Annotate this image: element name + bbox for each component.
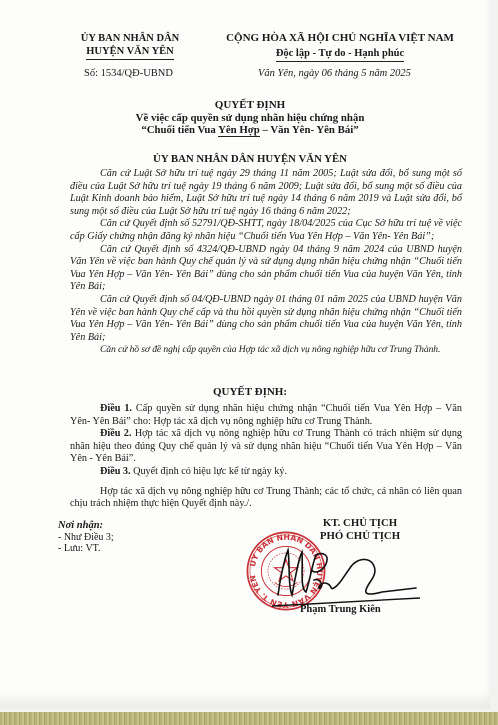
national-motto: Độc lập - Tự do - Hạnh phúc [276,47,404,62]
title-subject-line-2: “Chuối tiến Vua Yên Hợp – Văn Yên- Yên B… [60,124,440,137]
recipients: Nơi nhận: - Như Điều 3; - Lưu: VT. [58,520,114,555]
preamble-item: Căn cứ Luật Sở hữu trí tuệ ngày 29 tháng… [70,168,462,218]
issuer-header: ỦY BAN NHÂN DÂN HUYỆN VĂN YÊN [60,32,200,60]
preamble-item: Căn cứ hồ sơ đề nghị cấp quyền của Hợp t… [70,344,462,357]
title-subject-line-1: Về việc cấp quyền sử dụng nhãn hiệu chứn… [60,112,440,125]
place-and-date: Văn Yên, ngày 06 tháng 5 năm 2025 [258,68,411,79]
subject-suffix: – Văn Yên- Yên Bái” [260,124,359,136]
issuer-line-1: ỦY BAN NHÂN DÂN [60,32,200,45]
document-page: ỦY BAN NHÂN DÂN HUYỆN VĂN YÊN CỘNG HÒA X… [0,0,490,712]
preamble: Căn cứ Luật Sở hữu trí tuệ ngày 29 tháng… [70,168,462,357]
issuer-line-2: HUYỆN VĂN YÊN [86,45,174,60]
article-label: Điều 2. [100,428,131,439]
subject-underlined: Yên Hợp [218,124,260,137]
article-2: Điều 2. Hợp tác xã dịch vụ nông nghiệp h… [70,428,462,466]
signer-name: Phạm Trung Kiên [300,604,381,615]
article-label: Điều 3. [100,466,131,477]
article-3: Điều 3. Quyết định có hiệu lực kể từ ngà… [70,466,462,479]
article-1: Điều 1. Cấp quyền sử dụng nhãn hiệu chứn… [70,403,462,428]
recipients-heading: Nơi nhận: [58,520,114,532]
preamble-item: Căn cứ Quyết định số 52791/QĐ-SHTT, ngày… [70,218,462,243]
nation-name: CỘNG HÒA XÃ HỘI CHỦ NGHĨA VIỆT NAM [215,32,465,45]
handwritten-signature-icon [270,540,420,610]
background-surface [0,712,498,725]
national-header: CỘNG HÒA XÃ HỘI CHỦ NGHĨA VIỆT NAM Độc l… [215,32,465,62]
subject-prefix: “Chuối tiến Vua [141,124,218,136]
issuing-authority: ỦY BAN NHÂN DÂN HUYỆN VĂN YÊN [60,153,440,165]
recipient-item: - Như Điều 3; [58,532,114,544]
articles: Điều 1. Cấp quyền sử dụng nhãn hiệu chứn… [70,403,462,511]
document-title: QUYẾT ĐỊNH Về việc cấp quyền sử dụng nhã… [60,99,440,137]
article-label: Điều 1. [100,403,132,414]
title-heading: QUYẾT ĐỊNH [60,99,440,112]
article-text: Quyết định có hiệu lực kể từ ngày ký. [131,466,287,477]
recipient-item: - Lưu: VT. [58,543,114,555]
signature-title-line-1: KT. CHỦ TỊCH [260,517,460,530]
page-fold-shadow [0,690,490,712]
preamble-item: Căn cứ Quyết định số 04/QĐ-UBND ngày 01 … [70,294,462,344]
decision-heading: QUYẾT ĐỊNH: [60,386,440,398]
closing-paragraph: Hợp tác xã dịch vụ nông nghiệp hữu cơ Tr… [70,486,462,511]
preamble-item: Căn cứ Quyết định số 4324/QĐ-UBND ngày 0… [70,244,462,294]
document-number: Số: 1534/QĐ-UBND [84,68,173,79]
